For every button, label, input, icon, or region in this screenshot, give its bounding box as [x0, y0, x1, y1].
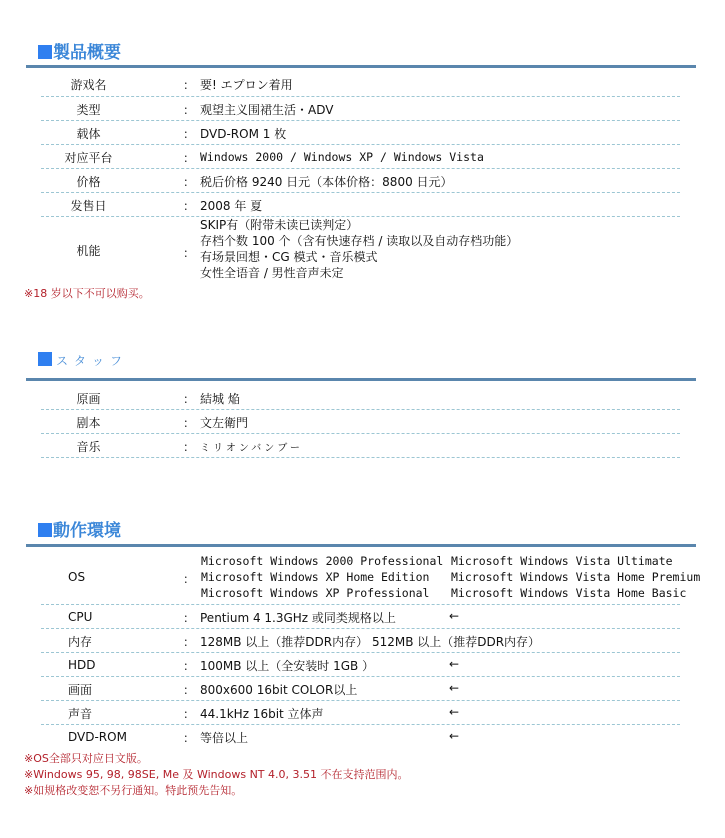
row-value: DVD-ROM 1 枚	[200, 125, 286, 142]
os-list-vista: Microsoft Windows Vista Ultimate Microso…	[451, 553, 700, 601]
same-as-left-arrow-icon: ←	[449, 705, 459, 719]
same-as-left-arrow-icon: ←	[449, 681, 459, 695]
env-row-cpu: CPU ： Pentium 4 1.3GHz 或同类规格以上 ←	[41, 605, 680, 629]
overview-row-features: 机能 ： SKIP有（附带未读已读判定） 存档个数 100 个（含有快速存档 /…	[41, 217, 680, 283]
row-colon: ：	[183, 657, 195, 674]
row-label: 原画	[41, 390, 136, 407]
row-colon: ：	[183, 101, 195, 118]
env-row-sound: 声音 ： 44.1kHz 16bit 立体声 ←	[41, 701, 680, 725]
row-value: 等倍以上	[200, 729, 248, 746]
row-value: 文左衛門	[200, 414, 248, 431]
row-label: 类型	[41, 101, 136, 118]
row-value: 要! エプロン着用	[200, 76, 293, 93]
row-label: DVD-ROM	[41, 730, 127, 744]
row-value: 100MB 以上（全安装时 1GB ）	[200, 657, 374, 674]
row-colon: ：	[183, 570, 195, 587]
os-item: Microsoft Windows Vista Ultimate	[451, 553, 700, 569]
os-item: Microsoft Windows Vista Home Premium	[451, 569, 700, 585]
row-value: Windows 2000 / Windows XP / Windows Vist…	[200, 150, 484, 164]
os-item: Microsoft Windows Vista Home Basic	[451, 585, 700, 601]
row-label: 声音	[41, 705, 92, 722]
same-as-left-arrow-icon: ←	[449, 609, 459, 623]
env-row-memory: 内存 ： 128MB 以上（推荐DDR内存） 512MB 以上（推荐DDR内存）	[41, 629, 680, 653]
env-row-display: 画面 ： 800x600 16bit COLOR以上 ←	[41, 677, 680, 701]
section-title-text: 動作環境	[53, 521, 121, 541]
square-bullet-icon	[38, 523, 52, 537]
row-colon: ：	[183, 705, 195, 722]
row-label: OS	[41, 570, 85, 584]
env-row-hdd: HDD ： 100MB 以上（全安装时 1GB ） ←	[41, 653, 680, 677]
row-colon: ：	[183, 633, 195, 650]
section-title-staff: スタッフ	[38, 352, 128, 369]
row-value: 128MB 以上（推荐DDR内存） 512MB 以上（推荐DDR内存）	[200, 633, 540, 650]
feature-line: 女性全语音 / 男性音声未定	[200, 265, 518, 281]
row-colon: ：	[183, 414, 195, 431]
staff-row-scenario: 剧本 ： 文左衛門	[41, 410, 680, 434]
features-list: SKIP有（附带未读已读判定） 存档个数 100 个（含有快速存档 / 读取以及…	[200, 217, 518, 281]
row-label: 音乐	[41, 438, 136, 455]
env-note-japanese-os: ※OS全部只对应日文版。	[24, 750, 148, 766]
overview-row-game-name: 游戏名 ： 要! エプロン着用	[41, 72, 680, 97]
square-bullet-icon	[38, 352, 52, 366]
overview-row-media: 载体 ： DVD-ROM 1 枚	[41, 121, 680, 145]
row-value: 观望主义围裙生活・ADV	[200, 101, 333, 118]
row-label: 剧本	[41, 414, 136, 431]
row-label: 内存	[41, 633, 92, 650]
row-value: ミリオンバンブー	[200, 439, 303, 454]
age-restriction-note: ※18 岁以下不可以购买。	[24, 285, 150, 301]
row-colon: ：	[183, 729, 195, 746]
row-label: 游戏名	[41, 76, 136, 93]
section-divider	[26, 544, 696, 547]
row-label: 画面	[41, 681, 92, 698]
row-label: 对应平台	[41, 149, 136, 166]
section-divider	[26, 378, 696, 381]
feature-line: 存档个数 100 个（含有快速存档 / 读取以及自动存档功能）	[200, 233, 518, 249]
row-value: 800x600 16bit COLOR以上	[200, 681, 357, 698]
os-item: Microsoft Windows XP Professional	[201, 585, 443, 601]
row-label: CPU	[41, 610, 92, 624]
same-as-left-arrow-icon: ←	[449, 657, 459, 671]
feature-line: 有场景回想・CG 模式・音乐模式	[200, 249, 518, 265]
row-label: 发售日	[41, 197, 136, 214]
row-colon: ：	[183, 244, 195, 261]
overview-row-release-date: 发售日 ： 2008 年 夏	[41, 193, 680, 217]
row-colon: ：	[183, 197, 195, 214]
row-label: 机能	[41, 242, 136, 259]
square-bullet-icon	[38, 45, 52, 59]
os-item: Microsoft Windows XP Home Edition	[201, 569, 443, 585]
env-note-spec-change: ※如规格改变恕不另行通知。特此预先告知。	[24, 782, 242, 798]
overview-row-price: 价格 ： 税后价格 9240 日元（本体价格：8800 日元）	[41, 169, 680, 193]
overview-row-genre: 类型 ： 观望主义围裙生活・ADV	[41, 97, 680, 121]
row-colon: ：	[183, 438, 195, 455]
row-colon: ：	[183, 125, 195, 142]
section-title-text: 製品概要	[53, 43, 121, 63]
same-as-left-arrow-icon: ←	[449, 729, 459, 743]
section-title-text: スタッフ	[56, 354, 128, 368]
os-list-xp: Microsoft Windows 2000 Professional Micr…	[201, 553, 443, 601]
staff-row-music: 音乐 ： ミリオンバンブー	[41, 434, 680, 458]
section-title-environment: 動作環境	[38, 516, 121, 541]
row-label: HDD	[41, 658, 96, 672]
env-row-dvd-rom: DVD-ROM ： 等倍以上 ←	[41, 725, 680, 748]
row-colon: ：	[183, 76, 195, 93]
row-colon: ：	[183, 173, 195, 190]
row-label: 价格	[41, 173, 136, 190]
row-value: 44.1kHz 16bit 立体声	[200, 705, 324, 722]
row-colon: ：	[183, 149, 195, 166]
os-item: Microsoft Windows 2000 Professional	[201, 553, 443, 569]
section-divider	[26, 65, 696, 68]
overview-row-platform: 对应平台 ： Windows 2000 / Windows XP / Windo…	[41, 145, 680, 169]
staff-row-artist: 原画 ： 結城 焔	[41, 386, 680, 410]
env-row-os: OS ： Microsoft Windows 2000 Professional…	[41, 552, 680, 605]
row-colon: ：	[183, 390, 195, 407]
row-colon: ：	[183, 609, 195, 626]
row-value: Pentium 4 1.3GHz 或同类规格以上	[200, 609, 396, 626]
feature-line: SKIP有（附带未读已读判定）	[200, 217, 518, 233]
row-label: 载体	[41, 125, 136, 142]
section-title-overview: 製品概要	[38, 38, 121, 63]
row-colon: ：	[183, 681, 195, 698]
env-note-unsupported-os: ※Windows 95, 98, 98SE, Me 及 Windows NT 4…	[24, 766, 409, 782]
row-value: 結城 焔	[200, 390, 240, 407]
row-value: 税后价格 9240 日元（本体价格：8800 日元）	[200, 173, 453, 190]
row-value: 2008 年 夏	[200, 197, 262, 214]
